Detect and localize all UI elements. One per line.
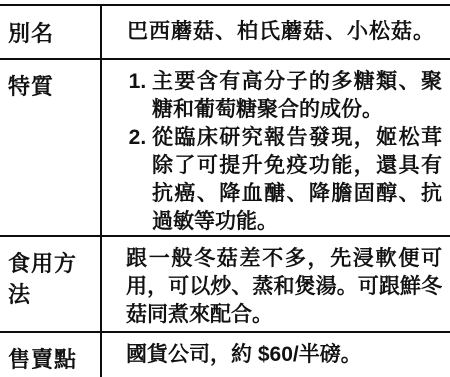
characteristics-item-1: 主要含有高分子的多糖類、聚糖和葡萄糖聚合的成份。 [152, 68, 442, 124]
characteristics-item-2: 從臨床研究報告發現，姬松茸除了可提升免疫功能，還具有抗癌、降血醣、降膽固醇、抗過… [152, 124, 442, 236]
table-row-selling-point: 售賣點 國貨公司，約 $60/半磅。 [0, 331, 450, 377]
row-content-characteristics: 主要含有高分子的多糖類、聚糖和葡萄糖聚合的成份。 從臨床研究報告發現，姬松茸除了… [102, 60, 450, 235]
scanned-mushroom-info-document: 別名 巴西蘑菇、柏氏蘑菇、小松菇。 特質 主要含有高分子的多糖類、聚糖和葡萄糖聚… [0, 0, 450, 377]
row-label-alias: 別名 [0, 6, 102, 58]
row-content-selling-point: 國貨公司，約 $60/半磅。 [102, 333, 450, 377]
table-row-alias: 別名 巴西蘑菇、柏氏蘑菇、小松菇。 [0, 4, 450, 58]
row-label-characteristics: 特質 [0, 60, 102, 235]
cooking-method-text: 跟一般冬菇差不多，先浸軟便可用，可以炒、蒸和煲湯。可跟鮮冬菇同煮來配合。 [126, 245, 442, 329]
row-label-cooking-method: 食用方法 [0, 237, 102, 331]
row-content-cooking-method: 跟一般冬菇差不多，先浸軟便可用，可以炒、蒸和煲湯。可跟鮮冬菇同煮來配合。 [102, 237, 450, 331]
row-content-alias: 巴西蘑菇、柏氏蘑菇、小松菇。 [102, 6, 450, 58]
table-row-cooking-method: 食用方法 跟一般冬菇差不多，先浸軟便可用，可以炒、蒸和煲湯。可跟鮮冬菇同煮來配合… [0, 235, 450, 331]
characteristics-list: 主要含有高分子的多糖類、聚糖和葡萄糖聚合的成份。 從臨床研究報告發現，姬松茸除了… [126, 68, 442, 236]
table-row-characteristics: 特質 主要含有高分子的多糖類、聚糖和葡萄糖聚合的成份。 從臨床研究報告發現，姬松… [0, 58, 450, 235]
row-label-selling-point: 售賣點 [0, 333, 102, 377]
selling-point-text: 國貨公司，約 $60/半磅。 [126, 341, 442, 369]
mushroom-info-table: 別名 巴西蘑菇、柏氏蘑菇、小松菇。 特質 主要含有高分子的多糖類、聚糖和葡萄糖聚… [0, 4, 450, 377]
